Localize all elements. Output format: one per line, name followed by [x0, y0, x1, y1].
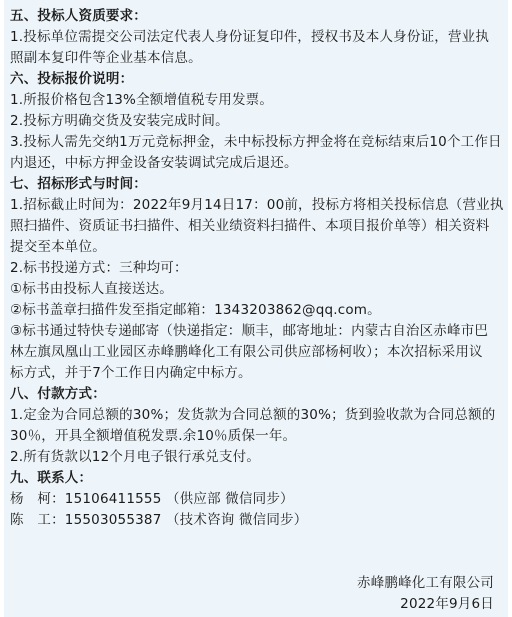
- text-line: 2.标书投递方式：三种均可：: [10, 258, 500, 279]
- document-viewport: 五、投标人资质要求：1.投标单位需提交公司法定代表人身份证复印件，授权书及本人身…: [0, 0, 512, 617]
- text-line: 照扫描件、资质证书扫描件、相关业绩资料扫描件、本项目报价单等）相关资料: [10, 216, 500, 237]
- text-line: 提交至本单位。: [10, 237, 500, 258]
- text-line: 杨 柯：15106411555 （供应部 微信同步）: [10, 489, 500, 510]
- text-line: ①标书由投标人直接送达。: [10, 279, 500, 300]
- section-heading: 五、投标人资质要求：: [10, 6, 500, 27]
- text-line: 1.所报价格包含13%全额增值税专用发票。: [10, 90, 500, 111]
- text-line: ③标书通过特快专递邮寄（快递指定：顺丰，邮寄地址：内蒙古自治区赤峰市巴: [10, 321, 500, 342]
- section-heading: 七、招标形式与时间：: [10, 174, 500, 195]
- text-line: 1.定金为合同总额的30%；发货款为合同总额的30%；货到验收款为合同总额的: [10, 405, 500, 426]
- section-heading: 八、付款方式：: [10, 384, 500, 405]
- text-line: 陈 工：15503055387 （技术咨询 微信同步）: [10, 510, 500, 531]
- document-footer: 赤峰鹏峰化工有限公司 2022年9月6日: [10, 573, 500, 615]
- text-line: 内退还，中标方押金设备安装调试完成后退还。: [10, 153, 500, 174]
- company-name: 赤峰鹏峰化工有限公司: [10, 573, 494, 594]
- document-body: 五、投标人资质要求：1.投标单位需提交公司法定代表人身份证复印件，授权书及本人身…: [10, 6, 500, 531]
- text-line: 2.所有货款以12个月电子银行承兑支付。: [10, 447, 500, 468]
- text-line: 标方式，并于7个工作日内确定中标方。: [10, 363, 500, 384]
- text-line: 1.招标截止时间为：2022年9月14日17：00前，投标方将相关投标信息（营业…: [10, 195, 500, 216]
- section-heading: 九、联系人：: [10, 468, 500, 489]
- section-heading: 六、投标报价说明：: [10, 69, 500, 90]
- text-line: ②标书盖章扫描件发至指定邮箱：1343203862@qq.com。: [10, 300, 500, 321]
- text-line: 照副本复印件等企业基本信息。: [10, 48, 500, 69]
- text-line: 2.投标方明确交货及安装完成时间。: [10, 111, 500, 132]
- document-page: 五、投标人资质要求：1.投标单位需提交公司法定代表人身份证复印件，授权书及本人身…: [4, 0, 508, 617]
- text-line: 林左旗凤凰山工业园区赤峰鹏峰化工有限公司供应部杨柯收）；本次招标采用议: [10, 342, 500, 363]
- text-line: 3.投标人需先交纳1万元竞标押金，未中标投标方押金将在竞标结束后10个工作日: [10, 132, 500, 153]
- document-date: 2022年9月6日: [10, 594, 494, 615]
- text-line: 1.投标单位需提交公司法定代表人身份证复印件，授权书及本人身份证，营业执: [10, 27, 500, 48]
- text-line: 30％，开具全额增值税发票.余10％质保一年。: [10, 426, 500, 447]
